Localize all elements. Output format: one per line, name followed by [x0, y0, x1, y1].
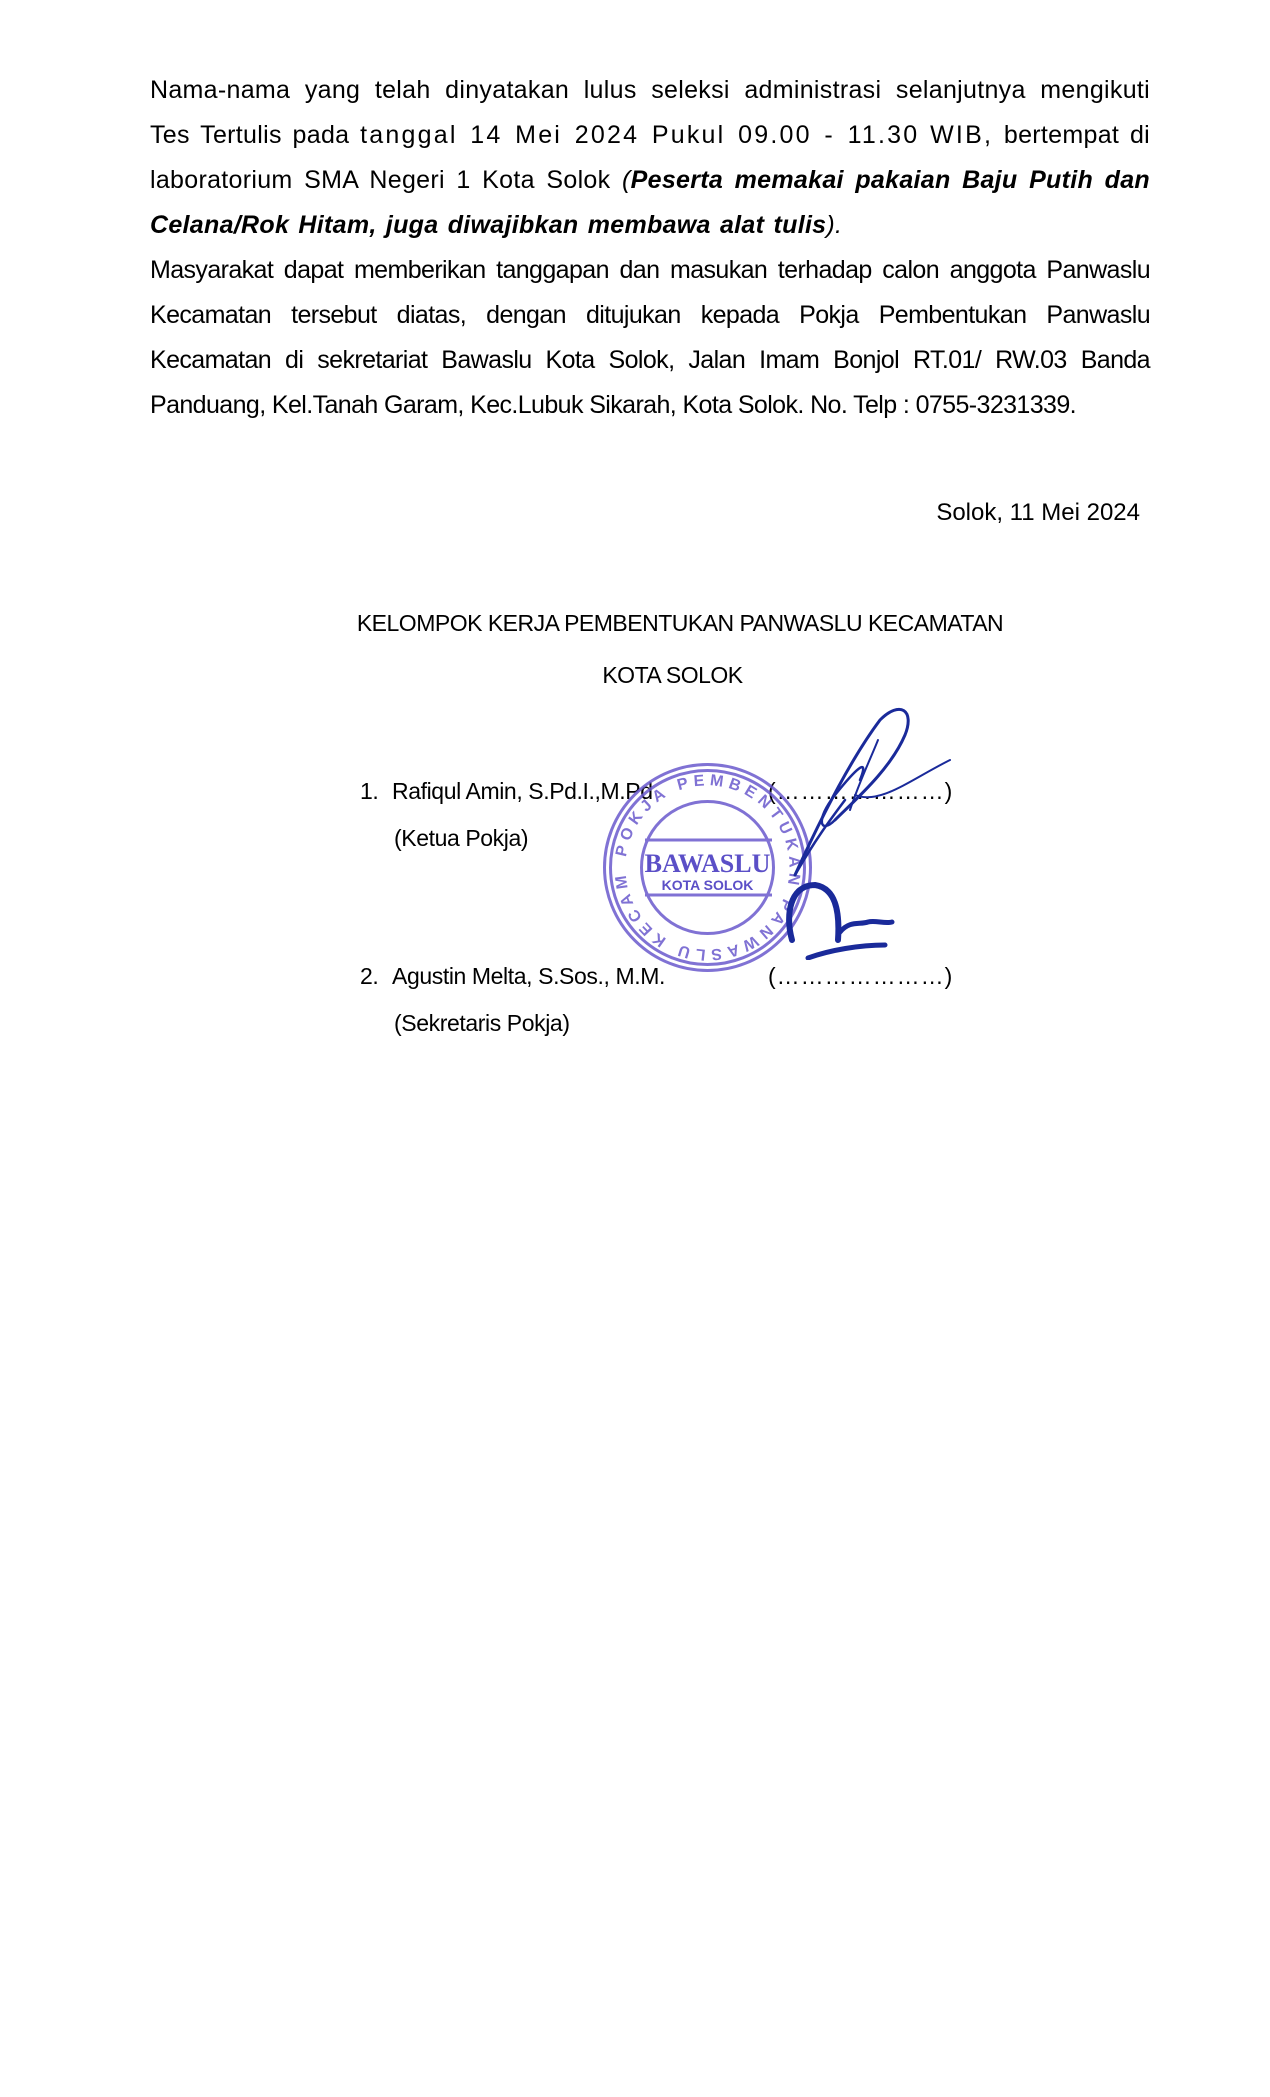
signatory-number: 1.	[360, 778, 392, 805]
para1-line1: Nama-nama yang telah dinyatakan lulus se…	[150, 76, 1026, 104]
announcement-paragraph: Nama-nama yang telah dinyatakan lulus se…	[150, 68, 1150, 248]
exam-schedule: tanggal 14 Mei 2024 Pukul 09.00 - 11.30	[360, 121, 919, 149]
place-date: Solok, 11 Mei 2024	[936, 499, 1140, 527]
close-paren: ).	[826, 211, 842, 239]
timezone: WIB,	[930, 121, 993, 149]
handwritten-signature-icon	[760, 700, 960, 960]
feedback-paragraph: Masyarakat dapat memberikan tanggapan da…	[150, 248, 1150, 428]
signatory-role-1: (Ketua Pokja)	[394, 825, 528, 852]
stamp-subtitle: KOTA SOLOK	[662, 877, 754, 893]
open-paren: (	[622, 166, 631, 194]
committee-title: KELOMPOK KERJA PEMBENTUKAN PANWASLU KECA…	[0, 610, 1270, 637]
committee-city: KOTA SOLOK	[0, 662, 1270, 689]
signatory-number: 2.	[360, 963, 392, 990]
signatory-role-2: (Sekretaris Pokja)	[394, 1010, 570, 1037]
document-page: Nama-nama yang telah dinyatakan lulus se…	[0, 0, 1270, 2097]
stamp-title: BAWASLU	[645, 849, 771, 878]
feedback-text: Masyarakat dapat memberikan tanggapan da…	[150, 256, 1150, 419]
